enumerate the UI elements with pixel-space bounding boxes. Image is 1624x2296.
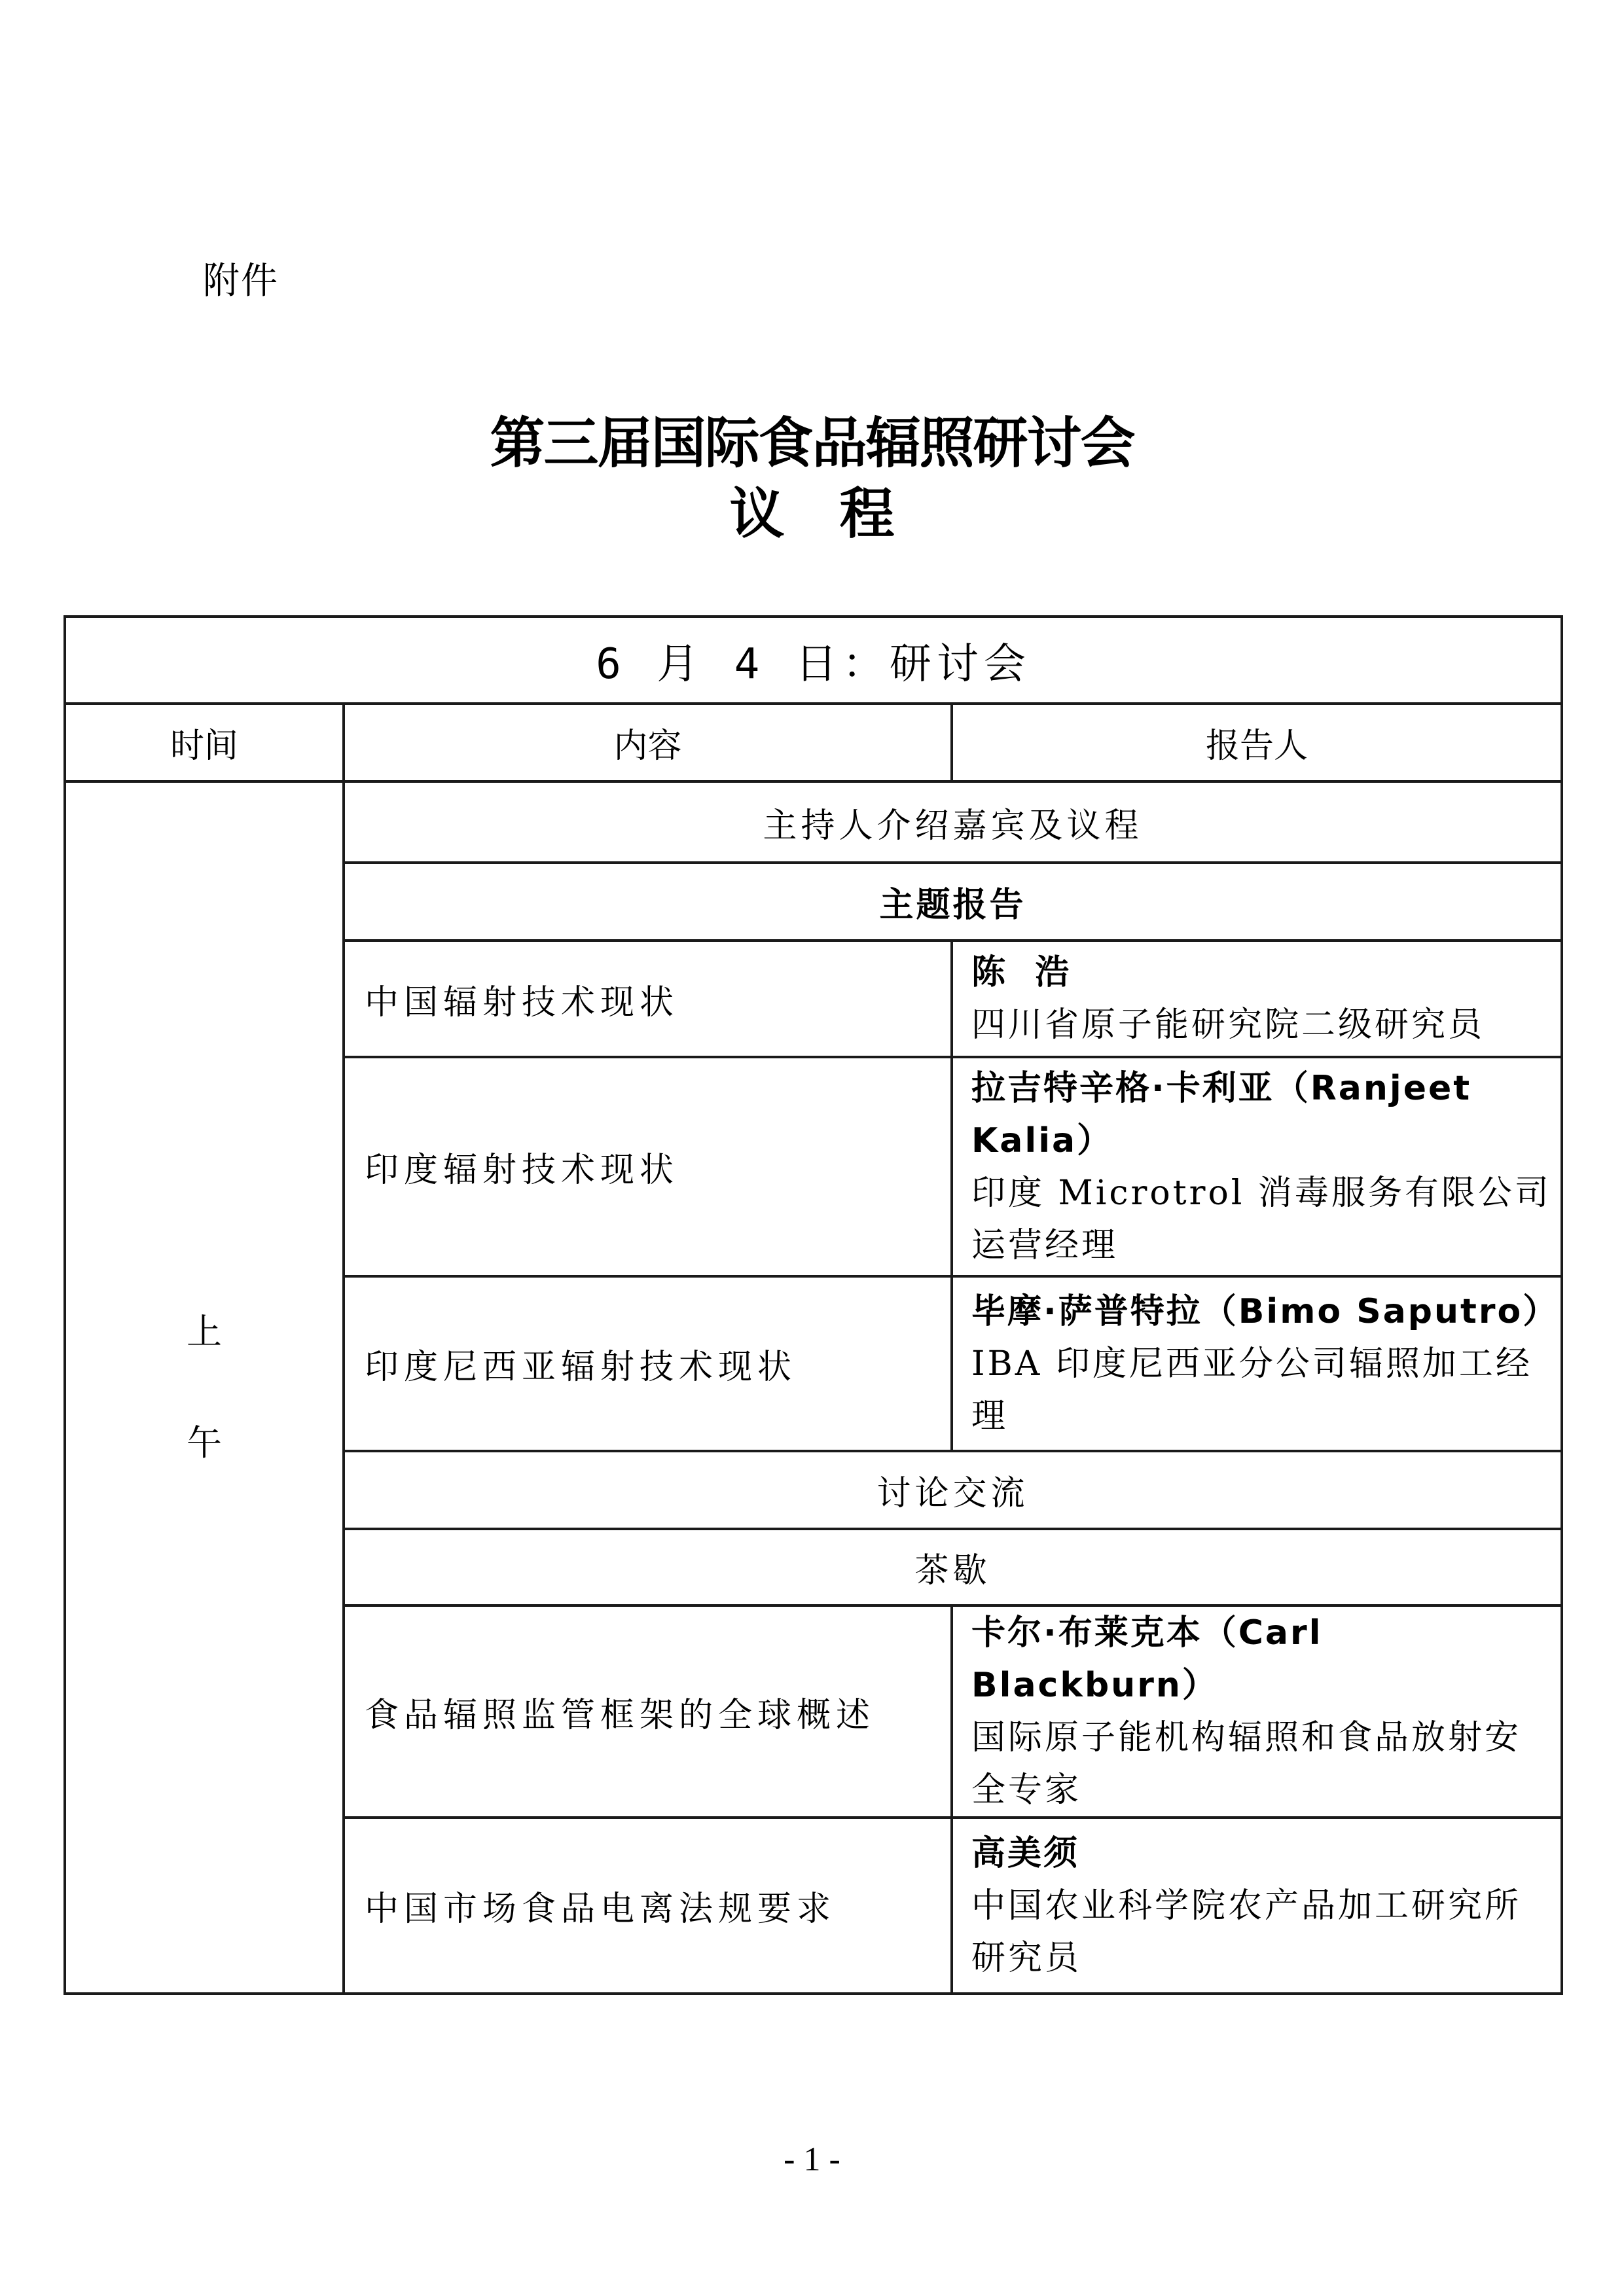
speaker-cell: 高美须 中国农业科学院农产品加工研究所研究员 [952,1818,1562,1994]
talk-topic: 中国辐射技术现状 [344,941,952,1057]
day-title-row: 6 月 4 日：研讨会 [65,617,1562,704]
speaker-name: 拉吉特辛格·卡利亚（Ranjeet Kalia） [971,1062,1551,1167]
table-row: 上 午 主持人介绍嘉宾及议程 [65,781,1562,863]
document-title: 第三届国际食品辐照研讨会 [0,399,1624,478]
session-item: 主持人介绍嘉宾及议程 [344,781,1562,863]
session-item: 讨论交流 [344,1451,1562,1529]
session-item: 茶歇 [344,1529,1562,1605]
speaker-affiliation: 国际原子能机构辐照和食品放射安全专家 [971,1712,1551,1816]
speaker-affiliation: IBA 印度尼西亚分公司辐照加工经理 [971,1338,1551,1443]
speaker-affiliation: 中国农业科学院农产品加工研究所研究员 [971,1880,1551,1984]
speaker-name: 陈 浩 [971,946,1551,999]
subtitle-char: 议 [729,482,784,546]
speaker-cell: 拉吉特辛格·卡利亚（Ranjeet Kalia） 印度 Microtrol 消毒… [952,1057,1562,1276]
agenda-table: 6 月 4 日：研讨会 时间 内容 报告人 上 午 主持人介绍嘉宾及议程 主题报… [63,615,1563,1995]
attachment-label: 附件 [203,252,279,304]
time-block-morning: 上 午 [65,781,344,1994]
day-title: 6 月 4 日：研讨会 [65,617,1562,704]
speaker-affiliation: 四川省原子能研究院二级研究员 [971,999,1551,1051]
column-header-row: 时间 内容 报告人 [65,704,1562,781]
speaker-affiliation: 印度 Microtrol 消毒服务有限公司运营经理 [971,1167,1551,1272]
column-header-content: 内容 [344,704,952,781]
talk-topic: 食品辐照监管框架的全球概述 [344,1605,952,1818]
document-subtitle: 议程 [0,470,1624,549]
time-char: 午 [66,1388,342,1499]
speaker-name: 毕摩·萨普特拉（Bimo Saputro） [971,1285,1551,1338]
time-char: 上 [66,1276,342,1388]
speaker-name: 高美须 [971,1827,1551,1880]
speaker-name: 卡尔·布莱克本（Carl Blackburn） [971,1607,1551,1712]
speaker-cell: 毕摩·萨普特拉（Bimo Saputro） IBA 印度尼西亚分公司辐照加工经理 [952,1276,1562,1451]
talk-topic: 中国市场食品电离法规要求 [344,1818,952,1994]
column-header-time: 时间 [65,704,344,781]
speaker-cell: 卡尔·布莱克本（Carl Blackburn） 国际原子能机构辐照和食品放射安全… [952,1605,1562,1818]
page-number: - 1 - [0,2140,1624,2179]
talk-topic: 印度辐射技术现状 [344,1057,952,1276]
column-header-speaker: 报告人 [952,704,1562,781]
talk-topic: 印度尼西亚辐射技术现状 [344,1276,952,1451]
session-heading: 主题报告 [344,863,1562,941]
speaker-cell: 陈 浩 四川省原子能研究院二级研究员 [952,941,1562,1057]
subtitle-char: 程 [840,482,895,546]
